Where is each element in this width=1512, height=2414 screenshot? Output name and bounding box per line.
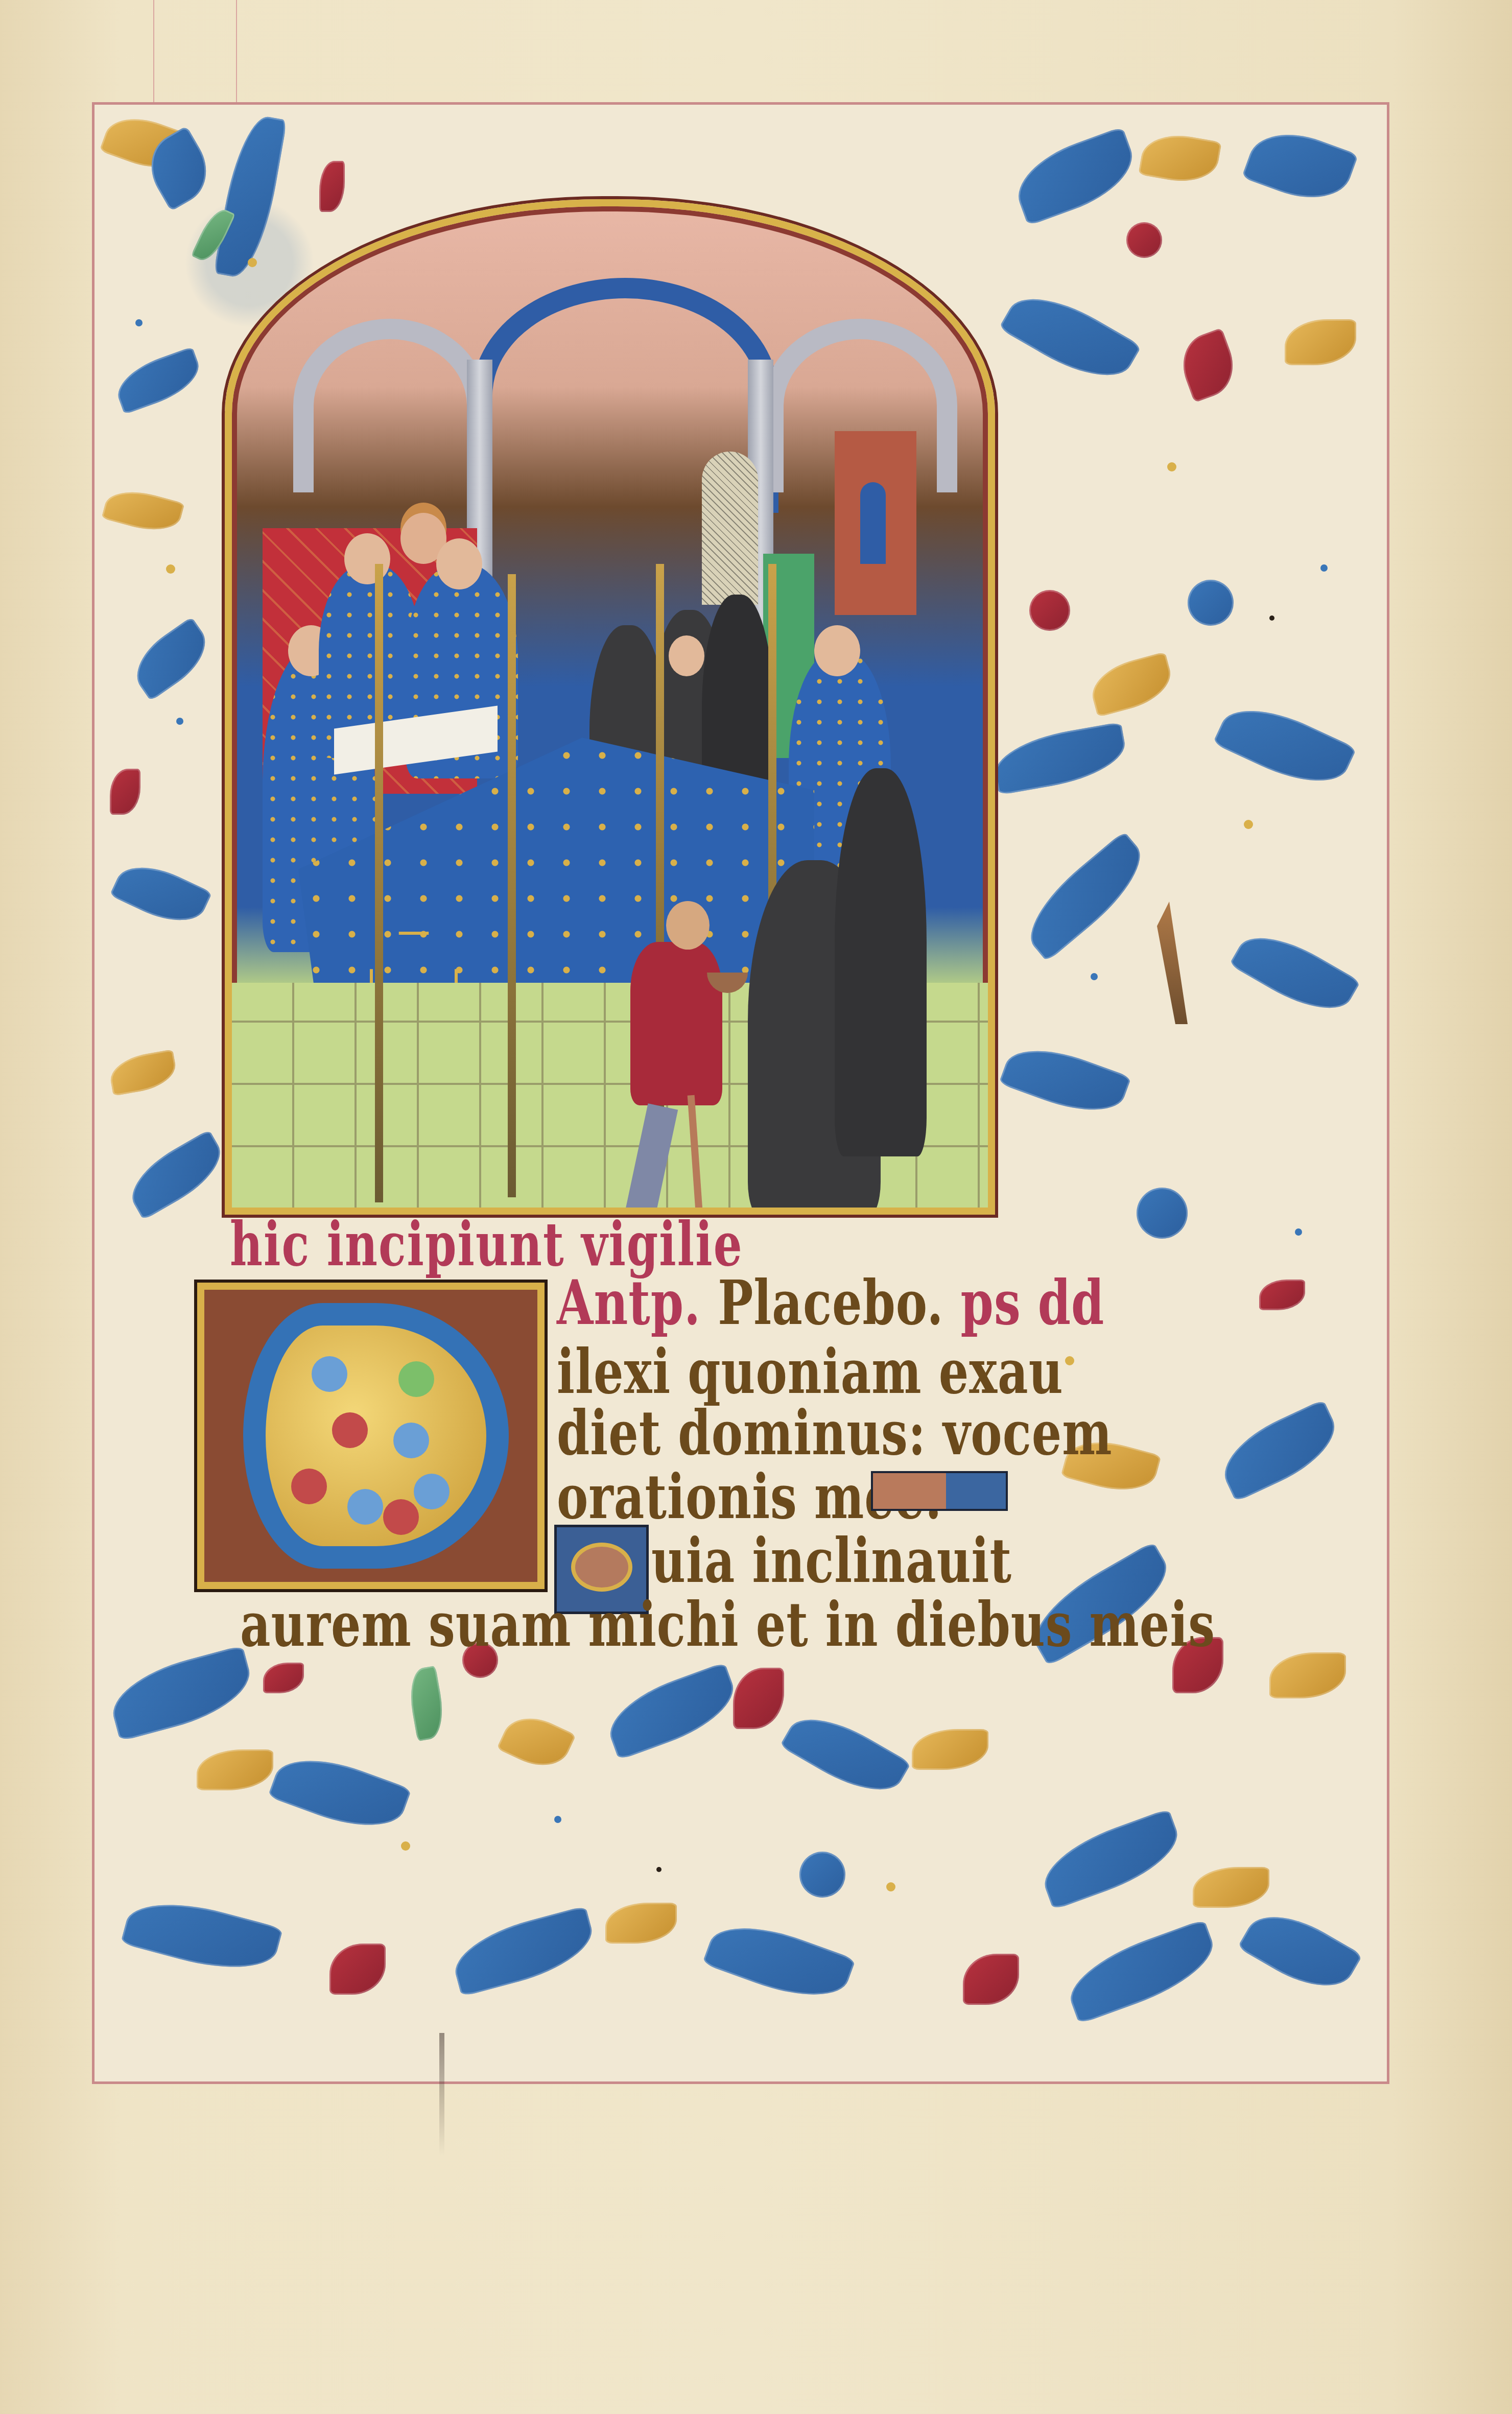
red-acanthus-icon (329, 1944, 386, 1995)
blue-flower-icon (312, 1356, 347, 1392)
face (669, 635, 704, 676)
blue-acanthus-icon (121, 1889, 283, 1983)
incipit-word: Placebo. (718, 1267, 943, 1338)
blue-acanthus-icon (1237, 1899, 1363, 2003)
blue-acanthus-icon (268, 1744, 412, 1842)
blue-acanthus-icon (999, 1035, 1131, 1125)
initial-letter-q (571, 1543, 632, 1592)
ruling-line (236, 0, 237, 102)
red-acanthus-icon (963, 1954, 1019, 2005)
red-flower-icon (332, 1412, 368, 1448)
gold-bezant-icon (1244, 820, 1253, 829)
gold-acanthus-icon (605, 1903, 677, 1944)
blue-acanthus-icon (1229, 920, 1361, 1026)
gold-acanthus-icon (1269, 1652, 1346, 1698)
gold-acanthus-icon (107, 1049, 179, 1096)
blue-flower-icon (799, 1852, 845, 1898)
red-rose-icon (1029, 590, 1070, 631)
face (436, 538, 482, 589)
psalm-label: ps dd (961, 1267, 1105, 1338)
antiphon-label: Antp. (557, 1267, 701, 1338)
blue-acanthus-icon (109, 854, 212, 934)
blue-acanthus-icon (125, 617, 218, 701)
candlestick (375, 564, 383, 1202)
blue-acanthus-icon (1242, 120, 1359, 212)
blue-dot-icon (135, 319, 143, 326)
candlestick (508, 574, 516, 1197)
red-acanthus-icon (110, 769, 140, 815)
face (344, 533, 390, 584)
green-flower-icon (398, 1361, 434, 1397)
historiated-initial-d (194, 1280, 548, 1592)
text-line-1: Antp. Placebo. ps dd (557, 1267, 1104, 1338)
red-bud-icon (263, 1663, 304, 1693)
gold-bezant-icon (1167, 462, 1176, 471)
blue-acanthus-icon (600, 1662, 744, 1760)
manuscript-page: hic incipiunt vigilie mortuorum. Antp. P… (0, 0, 1512, 2414)
blue-dot-icon (554, 1816, 561, 1823)
red-acanthus-icon (733, 1668, 784, 1729)
gold-acanthus-icon (497, 1707, 576, 1777)
blue-acanthus-icon (990, 722, 1129, 795)
blue-acanthus-icon (779, 1702, 911, 1808)
gold-acanthus-icon (1285, 319, 1356, 365)
blue-flower-icon (347, 1489, 383, 1525)
red-acanthus-icon (319, 161, 345, 212)
ink-stain (439, 2033, 444, 2156)
blue-acanthus-icon (447, 1906, 600, 1997)
ink-tendril-icon (656, 1867, 661, 1872)
blue-acanthus-icon (104, 1645, 258, 1741)
blue-acanthus-icon (214, 112, 287, 281)
blue-flower-icon (1137, 1188, 1188, 1239)
gold-bezant-icon (886, 1882, 895, 1891)
blue-acanthus-icon (1212, 1399, 1347, 1502)
gold-acanthus-icon (1193, 1867, 1269, 1908)
miniature-painting (225, 199, 995, 1215)
blue-acanthus-icon (1213, 692, 1357, 799)
blue-dot-icon (1320, 564, 1328, 572)
red-acanthus-icon (1173, 328, 1242, 403)
blue-flower-icon (393, 1423, 429, 1458)
blue-acanthus-icon (1014, 831, 1157, 962)
face (814, 625, 860, 676)
blue-dot-icon (176, 718, 183, 725)
blue-dot-icon (1091, 973, 1098, 980)
gold-acanthus-icon (101, 484, 184, 538)
hooded-mourner (835, 768, 927, 1156)
line-filler-ornament (871, 1471, 1008, 1511)
blue-acanthus-icon (1007, 127, 1144, 226)
blue-acanthus-icon (1060, 1919, 1223, 2024)
blue-flower-icon (1188, 580, 1234, 626)
gold-acanthus-icon (197, 1749, 273, 1790)
gold-bezant-icon (166, 564, 175, 574)
gold-bezant-icon (401, 1841, 410, 1851)
beggar-face (666, 901, 710, 950)
blue-flower-icon (414, 1474, 450, 1509)
red-flower-icon (291, 1469, 327, 1504)
text-line-6: aurem suam michi et in diebus meis (240, 1589, 1215, 1660)
blue-acanthus-icon (999, 279, 1142, 394)
green-leaf-icon (405, 1666, 447, 1741)
red-flower-icon (1126, 222, 1162, 258)
madonna-figure (860, 482, 886, 564)
blue-dot-icon (1295, 1228, 1302, 1236)
ink-tendril-icon (1269, 616, 1274, 621)
blue-acanthus-icon (1034, 1808, 1188, 1910)
red-flower-icon (383, 1499, 419, 1535)
gold-acanthus-icon (1138, 129, 1221, 188)
text-line-5: uia inclinauit (651, 1525, 1012, 1596)
gold-acanthus-icon (1086, 652, 1177, 717)
lattice-window (702, 452, 758, 605)
beggar (630, 942, 722, 1105)
gold-bezant-icon (1065, 1356, 1074, 1365)
initial-letter-d (243, 1303, 509, 1569)
gold-acanthus-icon (912, 1729, 988, 1770)
church-arch (293, 319, 487, 492)
blue-acanthus-icon (702, 1910, 856, 2012)
blue-acanthus-icon (121, 1129, 232, 1220)
ruling-line (153, 0, 154, 102)
red-bud-icon (1259, 1280, 1305, 1310)
blue-acanthus-icon (110, 346, 206, 414)
gold-bezant-icon (248, 258, 257, 267)
bird-icon (1157, 902, 1188, 1024)
text-line-3: diet dominus: vocem (557, 1397, 1113, 1469)
